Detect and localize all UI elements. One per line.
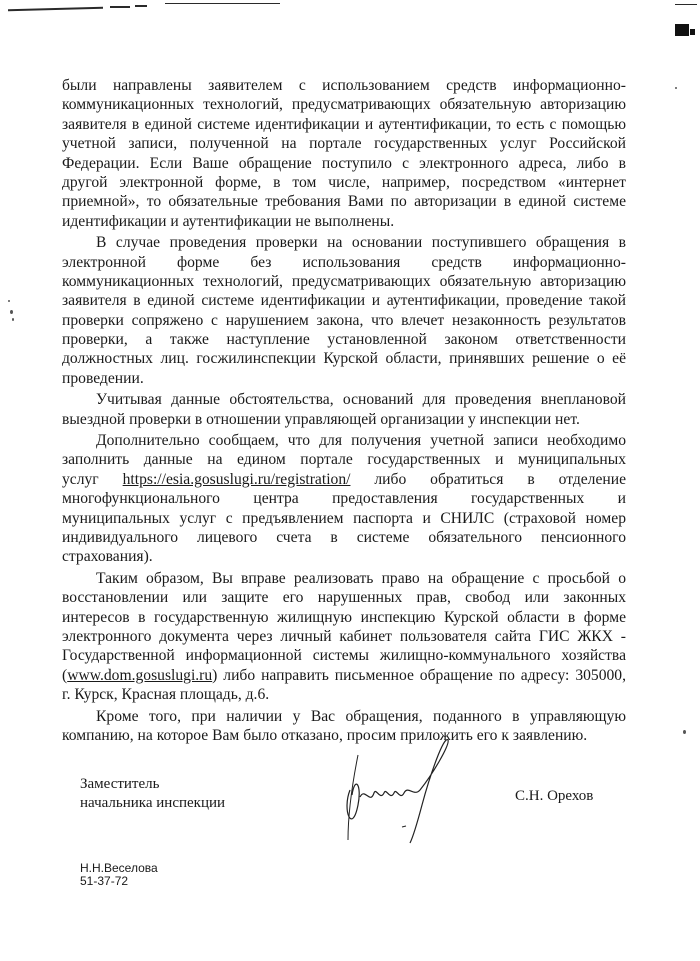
scan-speck	[12, 318, 14, 321]
letter-body: были направлены заявителем с использован…	[62, 76, 626, 745]
scan-artifact-line	[135, 5, 147, 7]
text-line: приемной», то обязательные требования Ва…	[62, 192, 626, 211]
text-line: проверки сопряжено с нарушением закона, …	[62, 311, 626, 330]
text-line: другой электронной форме, в том числе, н…	[62, 173, 626, 192]
signatory-position: Заместитель начальника инспекции	[80, 775, 225, 813]
paragraph: Таким образом, Вы вправе реализовать пра…	[62, 569, 626, 705]
text-line: Кроме того, при наличии у Вас обращения,…	[62, 707, 626, 726]
scan-artifact-line	[675, 4, 697, 5]
text-line: выездной проверки в отношении управляюще…	[62, 410, 626, 429]
text-line: Таким образом, Вы вправе реализовать пра…	[62, 569, 626, 588]
text-line: многофункционального центра предоставлен…	[62, 489, 626, 508]
scan-corner-mark	[690, 29, 695, 35]
scan-speck	[10, 310, 13, 314]
text-line: проведении.	[62, 369, 626, 388]
text-line: учетной записи, полученной на портале го…	[62, 134, 626, 153]
text-line: коммуникационных технологий, предусматри…	[62, 95, 626, 114]
text-line: Учитывая данные обстоятельства, основани…	[62, 390, 626, 409]
executor-phone: 51-37-72	[80, 875, 158, 888]
text-line: были направлены заявителем с использован…	[62, 76, 626, 95]
text-line: Государственной информационной системы ж…	[62, 646, 626, 665]
text-line: заполнить данные на едином портале госуд…	[62, 450, 626, 469]
text-line: Дополнительно сообщаем, что для получени…	[62, 431, 626, 450]
text-line: г. Курск, Красная площадь, д.6.	[62, 685, 626, 704]
scan-artifact-line	[165, 3, 280, 4]
handwritten-signature	[340, 735, 480, 845]
scan-corner-mark	[675, 24, 689, 36]
position-line-2: начальника инспекции	[80, 794, 225, 813]
text-line: муниципальных услуг с предъявлением пасп…	[62, 509, 626, 528]
text-line: Федерации. Если Ваше обращение поступило…	[62, 154, 626, 173]
paragraph: Учитывая данные обстоятельства, основани…	[62, 390, 626, 429]
text-line: должностных лиц. госжилинспекции Курской…	[62, 349, 626, 368]
text-line: страхования).	[62, 547, 626, 566]
scan-artifact-line	[110, 6, 130, 8]
gis-zhkh-link[interactable]: www.dom.gosuslugi.ru	[67, 667, 212, 684]
text-line: интересов в государственную жилищную инс…	[62, 608, 626, 627]
text-line: заявителя в единой системе идентификации…	[62, 115, 626, 134]
text-line: восстановлении или защите его нарушенных…	[62, 588, 626, 607]
text-line: (www.dom.gosuslugi.ru) либо направить пи…	[62, 666, 626, 685]
text-line: заявителя в единой системе идентификации…	[62, 291, 626, 310]
executor-info: Н.Н.Веселова 51-37-72	[80, 862, 158, 888]
esia-registration-link[interactable]: https://esia.gosuslugi.ru/registration/	[123, 471, 351, 488]
text-line: коммуникационных технологий, предусматри…	[62, 272, 626, 291]
text-line: В случае проведения проверки на основани…	[62, 233, 626, 252]
scan-speck	[675, 87, 677, 89]
paragraph: В случае проведения проверки на основани…	[62, 233, 626, 388]
text-line: электронной форме без использования сред…	[62, 253, 626, 272]
scan-artifact-line	[8, 7, 103, 11]
position-line-1: Заместитель	[80, 775, 225, 794]
paragraph: Дополнительно сообщаем, что для получени…	[62, 431, 626, 567]
paragraph: были направлены заявителем с использован…	[62, 76, 626, 231]
text-line: услуг https://esia.gosuslugi.ru/registra…	[62, 470, 626, 489]
text-line: проверки, а также наступление установлен…	[62, 330, 626, 349]
scan-speck	[683, 730, 686, 734]
text-line: электронного документа через личный каби…	[62, 627, 626, 646]
text-line: идентификации и аутентификации не выполн…	[62, 212, 626, 231]
text-line: индивидуального лицевого счета в системе…	[62, 528, 626, 547]
signatory-name: С.Н. Орехов	[515, 787, 593, 806]
scan-speck	[8, 300, 10, 302]
